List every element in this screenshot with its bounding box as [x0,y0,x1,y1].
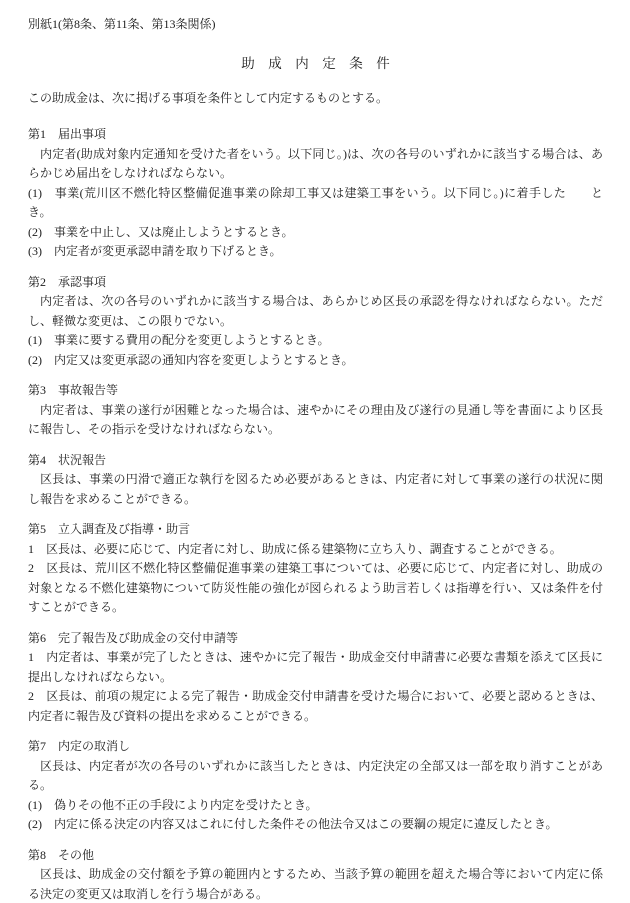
document-section: 第5 立入調査及び指導・助言 1 区長は、必要に応じて、内定者に対し、助成に係る… [28,520,603,618]
section-paragraph: (1) 事業(荒川区不燃化特区整備促進事業の除却工事又は建築工事をいう。以下同じ… [28,184,603,223]
section-paragraph: (1) 事業に要する費用の配分を変更しようとするとき。 [28,331,603,351]
intro-paragraph: この助成金は、次に掲げる事項を条件として内定するものとする。 [28,89,603,109]
section-paragraph: 区長は、事業の円滑で適正な執行を図るため必要があるときは、内定者に対して事業の遂… [28,470,603,509]
section-paragraph: (1) 偽りその他不正の手段により内定を受けたとき。 [28,796,603,816]
document-section: 第4 状況報告 区長は、事業の円滑で適正な執行を図るため必要があるときは、内定者… [28,451,603,510]
sections-container: 第1 届出事項 内定者(助成対象内定通知を受けた者をいう。以下同じ。)は、次の各… [28,125,603,903]
section-paragraph: 1 内定者は、事業が完了したときは、速やかに完了報告・助成金交付申請書に必要な書… [28,648,603,687]
section-paragraph: 内定者は、次の各号のいずれかに該当する場合は、あらかじめ区長の承認を得なければな… [28,292,603,331]
section-heading: 第6 完了報告及び助成金の交付申請等 [28,629,603,649]
attachment-annotation: 別紙1(第8条、第11条、第13条関係) [28,15,603,35]
document-section: 第8 その他 区長は、助成金の交付額を予算の範囲内とするため、当該予算の範囲を超… [28,846,603,903]
section-heading: 第7 内定の取消し [28,737,603,757]
document-section: 第1 届出事項 内定者(助成対象内定通知を受けた者をいう。以下同じ。)は、次の各… [28,125,603,262]
section-paragraph: (2) 内定又は変更承認の通知内容を変更しようとするとき。 [28,351,603,371]
section-paragraph: (2) 事業を中止し、又は廃止しようとするとき。 [28,223,603,243]
section-paragraph: (2) 内定に係る決定の内容又はこれに付した条件その他法令又はこの要綱の規定に違… [28,815,603,835]
section-paragraph: 内定者(助成対象内定通知を受けた者をいう。以下同じ。)は、次の各号のいずれかに該… [28,145,603,184]
document-section: 第3 事故報告等 内定者は、事業の遂行が困難となった場合は、速やかにその理由及び… [28,381,603,440]
section-heading: 第2 承認事項 [28,273,603,293]
section-paragraph: (3) 内定者が変更承認申請を取り下げるとき。 [28,242,603,262]
document-page: 別紙1(第8条、第11条、第13条関係) 助 成 内 定 条 件 この助成金は、… [0,0,630,903]
section-heading: 第3 事故報告等 [28,381,603,401]
section-heading: 第5 立入調査及び指導・助言 [28,520,603,540]
section-paragraph: 2 区長は、前項の規定による完了報告・助成金交付申請書を受けた場合において、必要… [28,687,603,726]
section-paragraph: 区長は、内定者が次の各号のいずれかに該当したときは、内定決定の全部又は一部を取り… [28,757,603,796]
section-paragraph: 1 区長は、必要に応じて、内定者に対し、助成に係る建築物に立ち入り、調査すること… [28,540,603,560]
document-section: 第6 完了報告及び助成金の交付申請等 1 内定者は、事業が完了したときは、速やか… [28,629,603,727]
document-section: 第2 承認事項 内定者は、次の各号のいずれかに該当する場合は、あらかじめ区長の承… [28,273,603,371]
section-paragraph: 内定者は、事業の遂行が困難となった場合は、速やかにその理由及び遂行の見通し等を書… [28,401,603,440]
section-heading: 第1 届出事項 [28,125,603,145]
section-paragraph: 2 区長は、荒川区不燃化特区整備促進事業の建築工事については、必要に応じて、内定… [28,559,603,618]
document-section: 第7 内定の取消し 区長は、内定者が次の各号のいずれかに該当したときは、内定決定… [28,737,603,835]
section-paragraph: 区長は、助成金の交付額を予算の範囲内とするため、当該予算の範囲を超えた場合等にお… [28,865,603,903]
document-title: 助 成 内 定 条 件 [28,53,603,74]
section-heading: 第4 状況報告 [28,451,603,471]
section-heading: 第8 その他 [28,846,603,866]
